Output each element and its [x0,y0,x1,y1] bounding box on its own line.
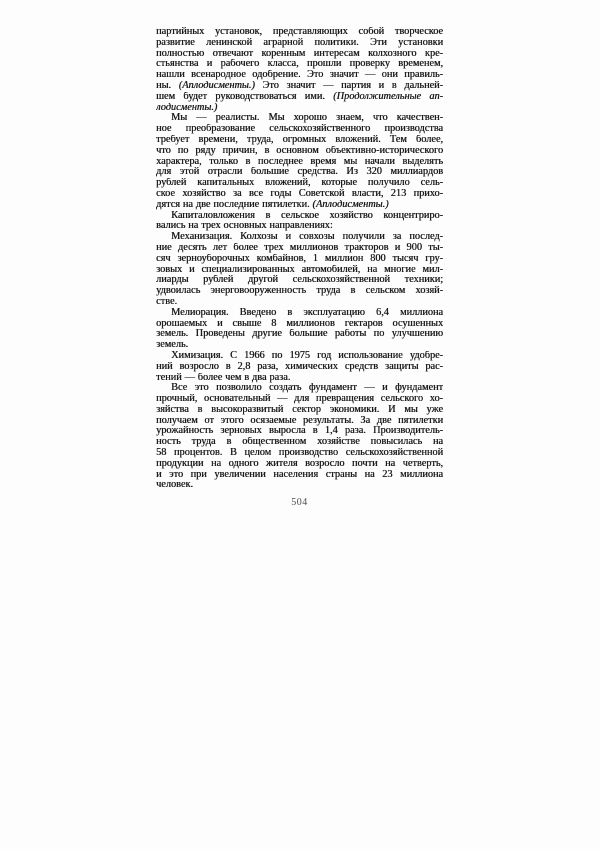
text-segment: удвоилась энерговооруженность труда в се… [156,286,443,296]
text-line: рублей капитальных вложений, которые пол… [156,178,443,189]
text-line: ское хозяйство за все годы Советской вла… [156,189,443,200]
text-segment: ны. [156,81,179,91]
text-line: ны. (Аплодисменты.) Это значит — партия … [156,81,443,92]
text-column: партийных установок, представляющих собо… [156,27,443,491]
text-segment: Механизация. Колхозы и совхозы получили … [171,232,443,242]
text-line: нашли всенародное одобрение. Это значит … [156,70,443,81]
text-segment: и это при увеличении населения страны на… [156,470,443,480]
page-number: 504 [156,497,443,508]
text-segment: человек. [156,480,193,490]
text-line: Все это позволило создать фундамент — и … [156,383,443,394]
text-segment: продукции на одного жителя возросло почт… [156,459,443,469]
text-line: зовых и специализированных автомобилей, … [156,265,443,276]
text-line: полностью отвечают коренным интересам ко… [156,49,443,60]
text-line: стьянства и рабочего класса, прошли пров… [156,59,443,70]
text-segment: вались на трех основных направлениях: [156,221,333,231]
text-line: зяйства в высокоразвитый сектор экономик… [156,405,443,416]
text-segment: шем будет руководствоваться ими. [156,92,333,102]
text-segment: Мелиорация. Введено в эксплуатацию 6,4 м… [171,308,443,318]
paragraph: Все это позволило создать фундамент — и … [156,383,443,491]
text-segment: тений — более чем в два раза. [156,373,290,383]
text-segment: нашли всенародное одобрение. Это значит … [156,70,443,80]
text-line: Мелиорация. Введено в эксплуатацию 6,4 м… [156,308,443,319]
text-line: партийных установок, представляющих собо… [156,27,443,38]
text-line: удвоилась энерговооруженность труда в се… [156,286,443,297]
text-segment: дятся на две последние пятилетки. [156,200,312,210]
text-line: земель. [156,340,443,351]
text-line: орошаемых и свыше 8 миллионов гектаров о… [156,319,443,330]
text-line: ное преобразование сельскохозяйственного… [156,124,443,135]
text-segment: ность труда в общественном хозяйстве пов… [156,437,443,447]
text-segment: стве. [156,297,177,307]
text-line: дятся на две последние пятилетки. (Аплод… [156,200,443,211]
text-segment: партийных установок, представляющих собо… [156,27,443,37]
text-line: урожайность зерновых выросла в 1,4 раза.… [156,426,443,437]
text-line: требует времени, труда, огромных вложени… [156,135,443,146]
text-line: для этой отрасли большие средства. Из 32… [156,167,443,178]
text-line: Химизация. С 1966 по 1975 год использова… [156,351,443,362]
text-segment: ское хозяйство за все годы Советской вла… [156,189,443,199]
text-segment: земель. [156,340,188,350]
text-line: ность труда в общественном хозяйстве пов… [156,437,443,448]
paragraph: Мы — реалисты. Мы хорошо знаем, что каче… [156,113,443,210]
text-segment: Все это позволило создать фундамент — и … [171,383,443,393]
text-segment: развитие ленинской аграрной политики. Эт… [156,38,443,48]
paragraph: Механизация. Колхозы и совхозы получили … [156,232,443,308]
paragraph: Капиталовложения в сельское хозяйство ко… [156,211,443,233]
text-line: тений — более чем в два раза. [156,373,443,384]
text-segment: зовых и специализированных автомобилей, … [156,265,443,275]
text-line: стве. [156,297,443,308]
stage-direction-italic: (Продолжительные ап- [333,92,443,102]
text-segment: 58 процентов. В целом производство сельс… [156,448,443,458]
text-segment: ние десять лет более трех миллионов трак… [156,243,443,253]
paragraph: Мелиорация. Введено в эксплуатацию 6,4 м… [156,308,443,351]
stage-direction-italic: (Аплодисменты.) [312,200,388,210]
text-line: сяч зерноуборочных комбайнов, 1 миллион … [156,254,443,265]
paragraph: партийных установок, представляющих собо… [156,27,443,113]
text-line: развитие ленинской аграрной политики. Эт… [156,38,443,49]
text-line: ние десять лет более трех миллионов трак… [156,243,443,254]
text-segment: стьянства и рабочего класса, прошли пров… [156,59,443,69]
text-segment: зяйства в высокоразвитый сектор экономик… [156,405,443,415]
text-segment: урожайность зерновых выросла в 1,4 раза.… [156,426,443,436]
text-line: получаем от этого осязаемые результаты. … [156,416,443,427]
paragraph: Химизация. С 1966 по 1975 год использова… [156,351,443,383]
text-segment: рублей капитальных вложений, которые пол… [156,178,443,188]
text-segment: лиарды рублей другой сельскохозяйственно… [156,275,443,285]
text-segment: сяч зерноуборочных комбайнов, 1 миллион … [156,254,443,264]
text-line: что по ряду причин, в основном объективн… [156,146,443,157]
text-segment: Капиталовложения в сельское хозяйство ко… [171,211,443,221]
text-line: Механизация. Колхозы и совхозы получили … [156,232,443,243]
text-line: Капиталовложения в сельское хозяйство ко… [156,211,443,222]
text-segment: ное преобразование сельскохозяйственного… [156,124,443,134]
text-line: продукции на одного жителя возросло почт… [156,459,443,470]
text-line: и это при увеличении населения страны на… [156,470,443,481]
text-segment: Это значит — партия и в дальней- [255,81,443,91]
text-line: вались на трех основных направлениях: [156,221,443,232]
stage-direction-italic: лодисменты.) [156,103,217,113]
text-segment: ний возросло в 2,8 раза, химических сред… [156,362,443,372]
text-line: шем будет руководствоваться ими. (Продол… [156,92,443,103]
stage-direction-italic: (Аплодисменты.) [179,81,255,91]
text-line: лиарды рублей другой сельскохозяйственно… [156,275,443,286]
text-line: земель. Проведены другие большие работы … [156,329,443,340]
text-line: характера, только в последнее время мы н… [156,157,443,168]
text-segment: Мы — реалисты. Мы хорошо знаем, что каче… [171,113,443,123]
text-segment: Химизация. С 1966 по 1975 год использова… [171,351,443,361]
text-line: ний возросло в 2,8 раза, химических сред… [156,362,443,373]
text-line: 58 процентов. В целом производство сельс… [156,448,443,459]
text-segment: что по ряду причин, в основном объективн… [156,146,443,156]
text-line: лодисменты.) [156,103,443,114]
text-segment: орошаемых и свыше 8 миллионов гектаров о… [156,319,443,329]
text-line: Мы — реалисты. Мы хорошо знаем, что каче… [156,113,443,124]
text-segment: для этой отрасли большие средства. Из 32… [156,167,443,177]
text-segment: полностью отвечают коренным интересам ко… [156,49,443,59]
scanned-book-page: партийных установок, представляющих собо… [0,0,600,849]
text-segment: характера, только в последнее время мы н… [156,157,443,167]
text-segment: требует времени, труда, огромных вложени… [156,135,443,145]
text-line: прочный, основательный — для превращения… [156,394,443,405]
text-segment: прочный, основательный — для превращения… [156,394,443,404]
text-line: человек. [156,480,443,491]
text-segment: получаем от этого осязаемые результаты. … [156,416,443,426]
text-segment: земель. Проведены другие большие работы … [156,329,443,339]
